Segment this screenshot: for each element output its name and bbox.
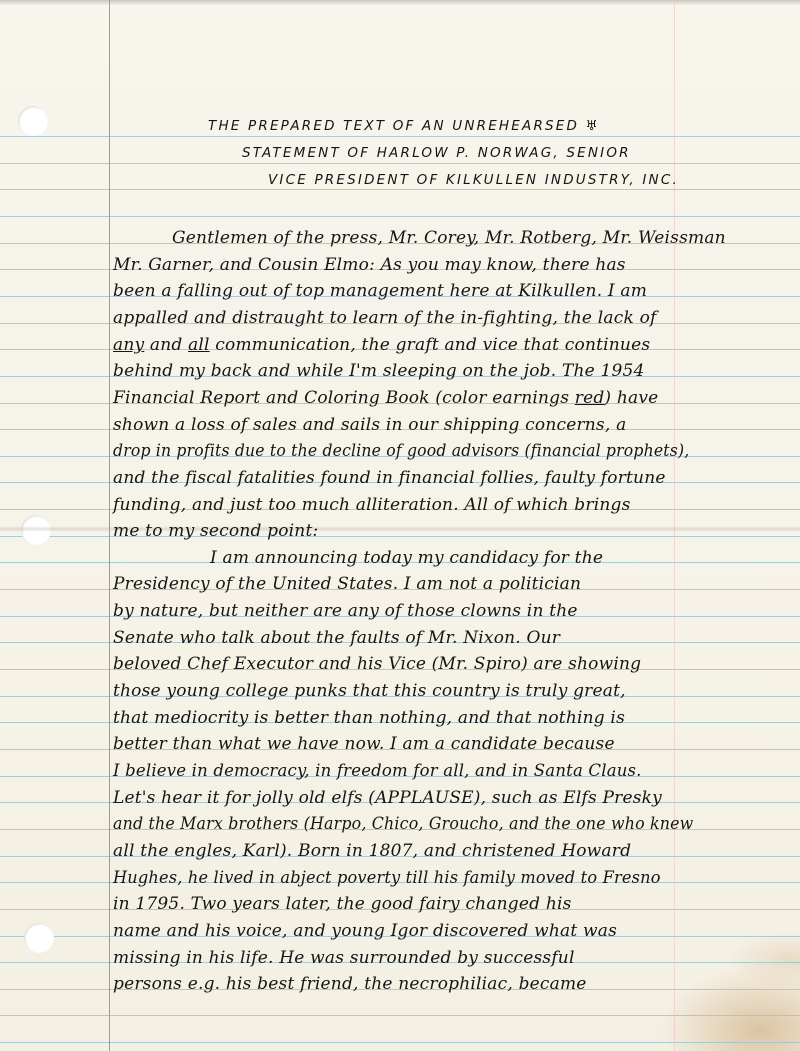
letter-line: and the fiscal fatalities found in finan… — [113, 468, 666, 488]
letter-line: Let's hear it for jolly old elfs (APPLAU… — [113, 788, 662, 808]
title-line-1: The Prepared Text of an Unrehearsed ♅ — [208, 118, 600, 134]
letter-line: beloved Chef Executor and his Vice (Mr. … — [113, 654, 641, 674]
letter-line: missing in his life. He was surrounded b… — [113, 948, 575, 968]
letter-line: funding, and just too much alliteration.… — [113, 495, 631, 515]
letter-line: Hughes, he lived in abject poverty till … — [113, 868, 661, 888]
title-line-3: Vice President of Kilkullen Industry, In… — [268, 172, 679, 188]
letter-line: me to my second point: — [113, 521, 318, 541]
letter-line: Senate who talk about the faults of Mr. … — [113, 628, 560, 648]
letter-line: appalled and distraught to learn of the … — [113, 308, 657, 328]
letter-line: I am announcing today my candidacy for t… — [210, 548, 603, 568]
rule-line — [0, 163, 800, 164]
rule-line — [0, 189, 800, 190]
letter-line: behind my back and while I'm sleeping on… — [113, 361, 645, 381]
letter-line: shown a loss of sales and sails in our s… — [113, 415, 626, 435]
letter-line: better than what we have now. I am a can… — [113, 734, 615, 754]
letter-line: Presidency of the United States. I am no… — [113, 574, 581, 594]
letter-line: Mr. Garner, and Cousin Elmo: As you may … — [113, 255, 626, 275]
rule-line — [0, 1015, 800, 1016]
page-top-edge — [0, 0, 800, 5]
letter-line: by nature, but neither are any of those … — [113, 601, 578, 621]
rule-line — [0, 1042, 800, 1043]
letter-line: been a falling out of top management her… — [113, 281, 647, 301]
letter-line: I believe in democracy, in freedom for a… — [113, 761, 642, 781]
letter-line: in 1795. Two years later, the good fairy… — [113, 894, 572, 914]
letter-line: persons e.g. his best friend, the necrop… — [113, 974, 587, 994]
title-line-2: Statement of Harlow P. Norwag, Senior — [242, 145, 631, 161]
letter-line: and the Marx brothers (Harpo, Chico, Gro… — [113, 814, 693, 834]
letter-line: name and his voice, and young Igor disco… — [113, 921, 617, 941]
letter-line: those young college punks that this coun… — [113, 681, 626, 701]
notebook-page: The Prepared Text of an Unrehearsed ♅ St… — [0, 0, 800, 1051]
letter-line: drop in profits due to the decline of go… — [113, 441, 689, 461]
letter-line: that mediocrity is better than nothing, … — [113, 708, 625, 728]
letter-line: Financial Report and Coloring Book (colo… — [113, 388, 658, 408]
letter-line: all the engles, Karl). Born in 1807, and… — [113, 841, 631, 861]
letter-line: Gentlemen of the press, Mr. Corey, Mr. R… — [172, 228, 726, 248]
rule-line — [0, 136, 800, 137]
punch-hole-top — [18, 106, 48, 136]
rule-line — [0, 216, 800, 217]
punch-hole-bottom — [24, 923, 54, 953]
letter-line: any and all communication, the graft and… — [113, 335, 650, 355]
